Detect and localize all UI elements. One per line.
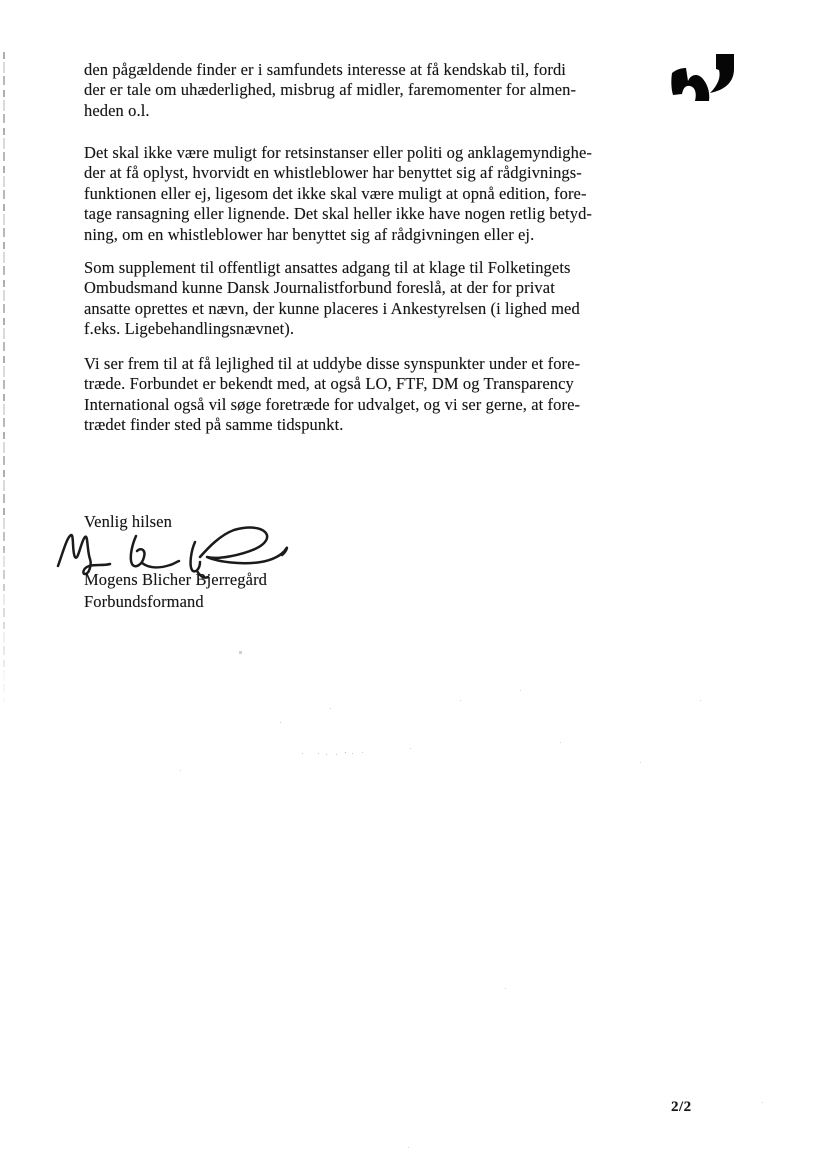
scanned-letter-page: den pågældende finder er i samfundets in… [0,0,825,1168]
signatory-name: Mogens Blicher Bjerregård [84,570,644,590]
letter-paragraph: Vi ser frem til at få lejlighed til at u… [84,354,644,436]
letter-paragraph: Det skal ikke være muligt for retsinstan… [84,143,644,245]
letter-paragraph: Som supplement til offentligt ansattes a… [84,258,644,340]
page-number: 2/2 [671,1099,692,1116]
scan-artifact-speckles [0,0,1,1]
scan-artifact-line [3,52,5,712]
letter-paragraph: den pågældende finder er i samfundets in… [84,60,644,121]
dj-logo-fragment-icon [668,42,738,109]
signatory-title: Forbundsformand [84,592,644,612]
